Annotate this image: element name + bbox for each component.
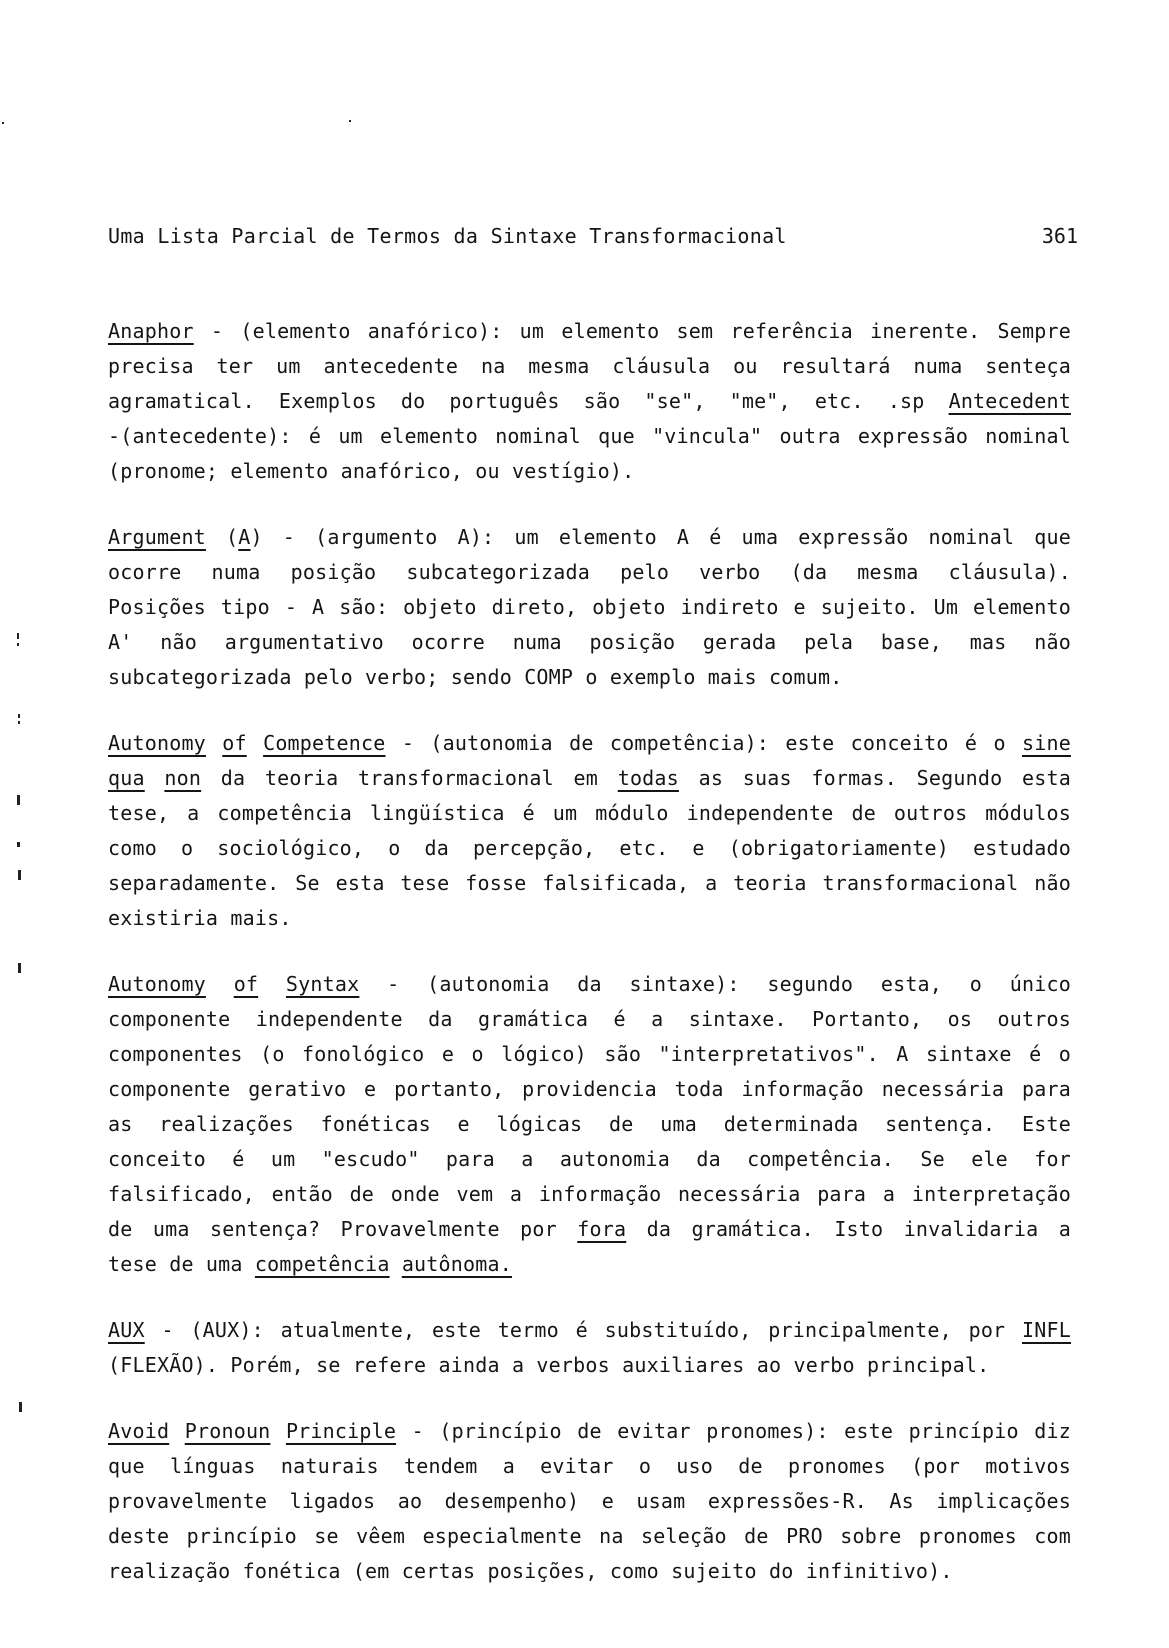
text-segment: da teoria transformacional em: [201, 766, 618, 790]
text-segment: (FLEXÃO). Porém, se refere ainda a verbo…: [108, 1353, 989, 1377]
underlined-term: fora: [577, 1217, 626, 1241]
text-line: Autonomy of Syntax - (autonomia da sinta…: [108, 967, 1071, 1002]
definition-autonomy-of-competence: Autonomy of Competence - (autonomia de c…: [108, 726, 1071, 936]
text-line: falsificado, então de onde vem a informa…: [108, 1177, 1071, 1212]
text-line: separadamente. Se esta tese fosse falsif…: [108, 866, 1071, 901]
underlined-term: Argument: [108, 525, 206, 549]
text-line: que línguas naturais tendem a evitar o u…: [108, 1449, 1071, 1484]
text-segment: conceito é um "escudo" para a autonomia …: [108, 1147, 1071, 1171]
text-line: -(antecedente): é um elemento nominal qu…: [108, 419, 1071, 454]
text-segment: realização fonética (em certas posições,…: [108, 1559, 953, 1583]
text-segment: - (AUX): atualmente, este termo é substi…: [145, 1318, 1022, 1342]
text-line: (pronome; elemento anafórico, ou vestígi…: [108, 454, 1071, 489]
text-line: precisa ter um antecedente na mesma cláu…: [108, 349, 1071, 384]
definition-argument-a: Argument (A) - (argumento A): um element…: [108, 520, 1071, 695]
underlined-term: Antecedent: [949, 389, 1071, 413]
text-segment: tese, a competência lingüística é um mód…: [108, 801, 1071, 825]
text-segment: ocorre numa posição subcategorizada pelo…: [108, 560, 1071, 584]
definition-anaphor: Anaphor - (elemento anafórico): um eleme…: [108, 314, 1071, 489]
text-segment: A' não argumentativo ocorre numa posição…: [108, 630, 1071, 654]
scan-speckle: [19, 1402, 22, 1412]
text-segment: agramatical. Exemplos do português são "…: [108, 389, 949, 413]
underlined-term: A: [238, 525, 250, 549]
text-segment: (pronome; elemento anafórico, ou vestígi…: [108, 459, 634, 483]
text-line: componente independente da gramática é a…: [108, 1002, 1071, 1037]
text-segment: existiria mais.: [108, 906, 292, 930]
text-segment: ) - (argumento A): um elemento A é uma e…: [251, 525, 1072, 549]
text-line: realização fonética (em certas posições,…: [108, 1554, 1071, 1589]
text-segment: separadamente. Se esta tese fosse falsif…: [108, 871, 1071, 895]
definition-autonomy-of-syntax: Autonomy of Syntax - (autonomia da sinta…: [108, 967, 1071, 1282]
text-line: Argument (A) - (argumento A): um element…: [108, 520, 1071, 555]
underlined-term: Syntax: [286, 972, 359, 996]
text-line: deste princípio se vêem especialmente na…: [108, 1519, 1071, 1554]
scan-speckle: [17, 643, 19, 646]
text-line: componentes (o fonológico e o lógico) sã…: [108, 1037, 1071, 1072]
text-segment: [206, 972, 234, 996]
scan-speckle: [18, 870, 21, 880]
underlined-term: qua: [108, 766, 145, 790]
text-line: existiria mais.: [108, 901, 1071, 936]
text-segment: precisa ter um antecedente na mesma cláu…: [108, 354, 1071, 378]
running-title: Uma Lista Parcial de Termos da Sintaxe T…: [108, 224, 787, 248]
text-line: provavelmente ligados ao desempenho) e u…: [108, 1484, 1071, 1519]
scan-speckle: [17, 633, 19, 639]
definition-avoid-pronoun-principle: Avoid Pronoun Principle - (princípio de …: [108, 1414, 1071, 1589]
text-segment: da gramática. Isto invalidaria a: [626, 1217, 1071, 1241]
text-line: componente gerativo e portanto, providen…: [108, 1072, 1071, 1107]
text-segment: [206, 731, 222, 755]
scan-speckle: [17, 842, 20, 847]
underlined-term: Autonomy: [108, 972, 206, 996]
text-segment: deste princípio se vêem especialmente na…: [108, 1524, 1071, 1548]
text-segment: - (elemento anafórico): um elemento sem …: [194, 319, 1071, 343]
text-segment: as realizações fonéticas e lógicas de um…: [108, 1112, 1071, 1136]
text-line: ocorre numa posição subcategorizada pelo…: [108, 555, 1071, 590]
text-segment: componente independente da gramática é a…: [108, 1007, 1071, 1031]
text-segment: falsificado, então de onde vem a informa…: [108, 1182, 1071, 1206]
text-line: Avoid Pronoun Principle - (princípio de …: [108, 1414, 1071, 1449]
text-line: AUX - (AUX): atualmente, este termo é su…: [108, 1313, 1071, 1348]
scan-speckle: [18, 721, 20, 724]
text-line: conceito é um "escudo" para a autonomia …: [108, 1142, 1071, 1177]
underlined-term: Principle: [286, 1419, 396, 1443]
underlined-term: autônoma.: [402, 1252, 512, 1276]
text-segment: [270, 1419, 286, 1443]
text-segment: - (autonomia de competência): este conce…: [386, 731, 1023, 755]
text-segment: [390, 1252, 402, 1276]
text-segment: [247, 731, 263, 755]
page-number: 361: [1042, 224, 1078, 248]
underlined-term: Avoid: [108, 1419, 169, 1443]
underlined-term: Competence: [263, 731, 385, 755]
text-line: agramatical. Exemplos do português são "…: [108, 384, 1071, 419]
document-body: Anaphor - (elemento anafórico): um eleme…: [108, 314, 1071, 1620]
underlined-term: competência: [255, 1252, 390, 1276]
text-line: Posições tipo - A são: objeto direto, ob…: [108, 590, 1071, 625]
text-line: subcategorizada pelo verbo; sendo COMP o…: [108, 660, 1071, 695]
text-segment: componentes (o fonológico e o lógico) sã…: [108, 1042, 1071, 1066]
text-segment: [169, 1419, 185, 1443]
underlined-term: INFL: [1022, 1318, 1071, 1342]
underlined-term: of: [234, 972, 258, 996]
scan-speckle: [18, 963, 21, 973]
underlined-term: Pronoun: [185, 1419, 271, 1443]
text-line: tese, a competência lingüística é um mód…: [108, 796, 1071, 831]
text-line: Anaphor - (elemento anafórico): um eleme…: [108, 314, 1071, 349]
underlined-term: todas: [618, 766, 679, 790]
underlined-term: AUX: [108, 1318, 145, 1342]
text-segment: de uma sentença? Provavelmente por: [108, 1217, 577, 1241]
scan-speckle: [18, 714, 20, 718]
underlined-term: sine: [1022, 731, 1071, 755]
text-segment: Posições tipo - A são: objeto direto, ob…: [108, 595, 1071, 619]
scan-speckle: [349, 120, 351, 122]
text-line: tese de uma competência autônoma.: [108, 1247, 1071, 1282]
text-line: A' não argumentativo ocorre numa posição…: [108, 625, 1071, 660]
text-segment: subcategorizada pelo verbo; sendo COMP o…: [108, 665, 842, 689]
text-segment: tese de uma: [108, 1252, 255, 1276]
scanned-document-page: Uma Lista Parcial de Termos da Sintaxe T…: [0, 0, 1169, 1648]
text-segment: provavelmente ligados ao desempenho) e u…: [108, 1489, 1071, 1513]
text-line: como o sociológico, o da percepção, etc.…: [108, 831, 1071, 866]
text-line: (FLEXÃO). Porém, se refere ainda a verbo…: [108, 1348, 1071, 1383]
text-line: qua non da teoria transformacional em to…: [108, 761, 1071, 796]
text-segment: [258, 972, 286, 996]
text-line: as realizações fonéticas e lógicas de um…: [108, 1107, 1071, 1142]
underlined-term: Autonomy: [108, 731, 206, 755]
text-line: Autonomy of Competence - (autonomia de c…: [108, 726, 1071, 761]
text-segment: como o sociológico, o da percepção, etc.…: [108, 836, 1071, 860]
page-header: Uma Lista Parcial de Termos da Sintaxe T…: [108, 224, 1078, 248]
text-segment: (: [206, 525, 238, 549]
text-segment: -(antecedente): é um elemento nominal qu…: [108, 424, 1071, 448]
text-segment: as suas formas. Segundo esta: [679, 766, 1071, 790]
text-segment: que línguas naturais tendem a evitar o u…: [108, 1454, 1071, 1478]
scan-speckle: [17, 795, 20, 805]
text-line: de uma sentença? Provavelmente por fora …: [108, 1212, 1071, 1247]
underlined-term: non: [164, 766, 201, 790]
text-segment: componente gerativo e portanto, providen…: [108, 1077, 1071, 1101]
text-segment: - (princípio de evitar pronomes): este p…: [396, 1419, 1071, 1443]
underlined-term: Anaphor: [108, 319, 194, 343]
scan-speckle: [2, 122, 4, 124]
text-segment: - (autonomia da sintaxe): segundo esta, …: [359, 972, 1071, 996]
underlined-term: of: [222, 731, 246, 755]
definition-aux: AUX - (AUX): atualmente, este termo é su…: [108, 1313, 1071, 1383]
text-segment: [145, 766, 165, 790]
